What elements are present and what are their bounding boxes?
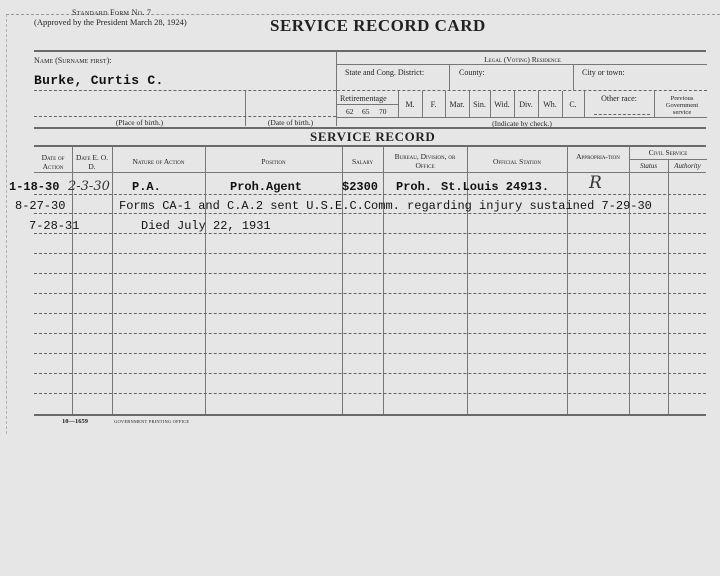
checkbox-single[interactable]: Sin. xyxy=(469,100,490,109)
attr-divider xyxy=(654,91,655,117)
retirement-rule xyxy=(337,104,398,105)
approval-note: (Approved by the President March 28, 192… xyxy=(34,17,187,27)
col-civil-service: Civil Service xyxy=(629,148,707,157)
row1-salary[interactable]: $2300 xyxy=(342,180,378,194)
city-label: City or town: xyxy=(582,68,625,77)
col-position: Position xyxy=(205,157,342,166)
col-divider xyxy=(112,146,113,416)
col-divider xyxy=(668,160,669,416)
residence-bottom-rule xyxy=(337,90,707,91)
row-rule xyxy=(34,273,706,274)
other-race-field[interactable] xyxy=(594,114,650,115)
retirement-age-65[interactable]: 65 xyxy=(362,107,370,116)
table-top-rule xyxy=(34,145,706,147)
attributes-rule xyxy=(337,117,707,118)
form-number: Standard Form No. 7 xyxy=(72,8,151,17)
row-rule xyxy=(34,393,706,394)
col-nature-of-action: Nature of Action xyxy=(112,157,205,166)
row3-remark[interactable]: Died July 22, 1931 xyxy=(141,219,271,233)
col-date-of-action: Date of Action xyxy=(34,153,72,171)
civil-service-rule xyxy=(630,159,707,160)
name-underline xyxy=(34,90,336,91)
state-district-label: State and Cong. District: xyxy=(345,68,424,77)
name-residence-divider xyxy=(336,51,337,126)
checkbox-colored[interactable]: C. xyxy=(562,100,584,109)
form-code: 10—1659 xyxy=(62,418,88,425)
name-label: Name (Surname first): xyxy=(34,56,111,65)
header-rule xyxy=(34,50,706,52)
row-rule xyxy=(34,213,706,214)
col-bureau: Bureau, Division, or Office xyxy=(385,152,465,170)
row-rule xyxy=(34,333,706,334)
row1-official-station[interactable]: St.Louis 24913. xyxy=(441,180,549,194)
residence-divider-1 xyxy=(449,64,450,90)
date-of-birth-label: (Date of birth.) xyxy=(245,118,336,127)
col-date-eod: Date E. O. D. xyxy=(72,153,112,171)
col-divider xyxy=(205,146,206,416)
row-rule xyxy=(34,313,706,314)
county-label: County: xyxy=(459,68,485,77)
row-rule xyxy=(34,353,706,354)
header-bottom-rule xyxy=(34,172,706,173)
col-appropriation: Appropria-tion xyxy=(574,152,622,161)
row1-date-eod[interactable]: 2-3-30 xyxy=(68,179,110,194)
birth-underline xyxy=(34,116,336,117)
row-rule xyxy=(34,293,706,294)
col-status: Status xyxy=(629,162,668,170)
row-rule xyxy=(34,253,706,254)
row1-bureau[interactable]: Proh. xyxy=(396,180,432,194)
retirement-age-70[interactable]: 70 xyxy=(379,107,387,116)
row-rule xyxy=(34,233,706,234)
row3-date-of-action[interactable]: 7-28-31 xyxy=(29,219,79,233)
residence-heading: Legal (Voting) Residence xyxy=(340,55,705,64)
checkbox-female[interactable]: F. xyxy=(422,100,445,109)
row1-nature-of-action[interactable]: P.A. xyxy=(132,180,161,194)
row1-position[interactable]: Proh.Agent xyxy=(230,180,302,194)
checkbox-married[interactable]: Mar. xyxy=(445,100,469,109)
retirement-label: Retirementage xyxy=(340,94,387,103)
row-rule xyxy=(34,194,706,195)
col-official-station: Official Station xyxy=(467,157,567,166)
table-bottom-rule xyxy=(34,414,706,416)
col-divider xyxy=(383,146,384,416)
row-rule xyxy=(34,373,706,374)
checkbox-white[interactable]: Wh. xyxy=(538,100,562,109)
row2-date-of-action[interactable]: 8-27-30 xyxy=(15,199,65,213)
checkbox-male[interactable]: M. xyxy=(398,100,422,109)
checkbox-widowed[interactable]: Wid. xyxy=(490,100,514,109)
residence-heading-rule xyxy=(337,64,707,65)
previous-service-label: Previous Government service xyxy=(656,95,708,116)
col-divider xyxy=(567,146,568,416)
residence-divider-2 xyxy=(573,64,574,90)
retirement-age-62[interactable]: 62 xyxy=(346,107,354,116)
place-of-birth-label: (Place of birth.) xyxy=(34,118,245,127)
row1-appropriation[interactable]: R xyxy=(589,173,602,193)
col-salary: Salary xyxy=(342,157,383,166)
employee-name[interactable]: Burke, Curtis C. xyxy=(34,73,164,88)
checkbox-divorced[interactable]: Div. xyxy=(514,100,538,109)
printer-label: GOVERNMENT PRINTING OFFICE xyxy=(114,419,189,424)
attr-divider xyxy=(584,91,585,117)
other-race-label: Other race: xyxy=(588,94,650,103)
col-divider xyxy=(629,146,630,416)
row1-date-of-action[interactable]: 1-18-30 xyxy=(9,180,59,194)
card-title: SERVICE RECORD CARD xyxy=(270,16,486,36)
service-record-title: SERVICE RECORD xyxy=(310,129,435,145)
row2-remark[interactable]: Forms CA-1 and C.A.2 sent U.S.E.C.Comm. … xyxy=(119,199,652,213)
col-authority: Authority xyxy=(668,162,707,170)
